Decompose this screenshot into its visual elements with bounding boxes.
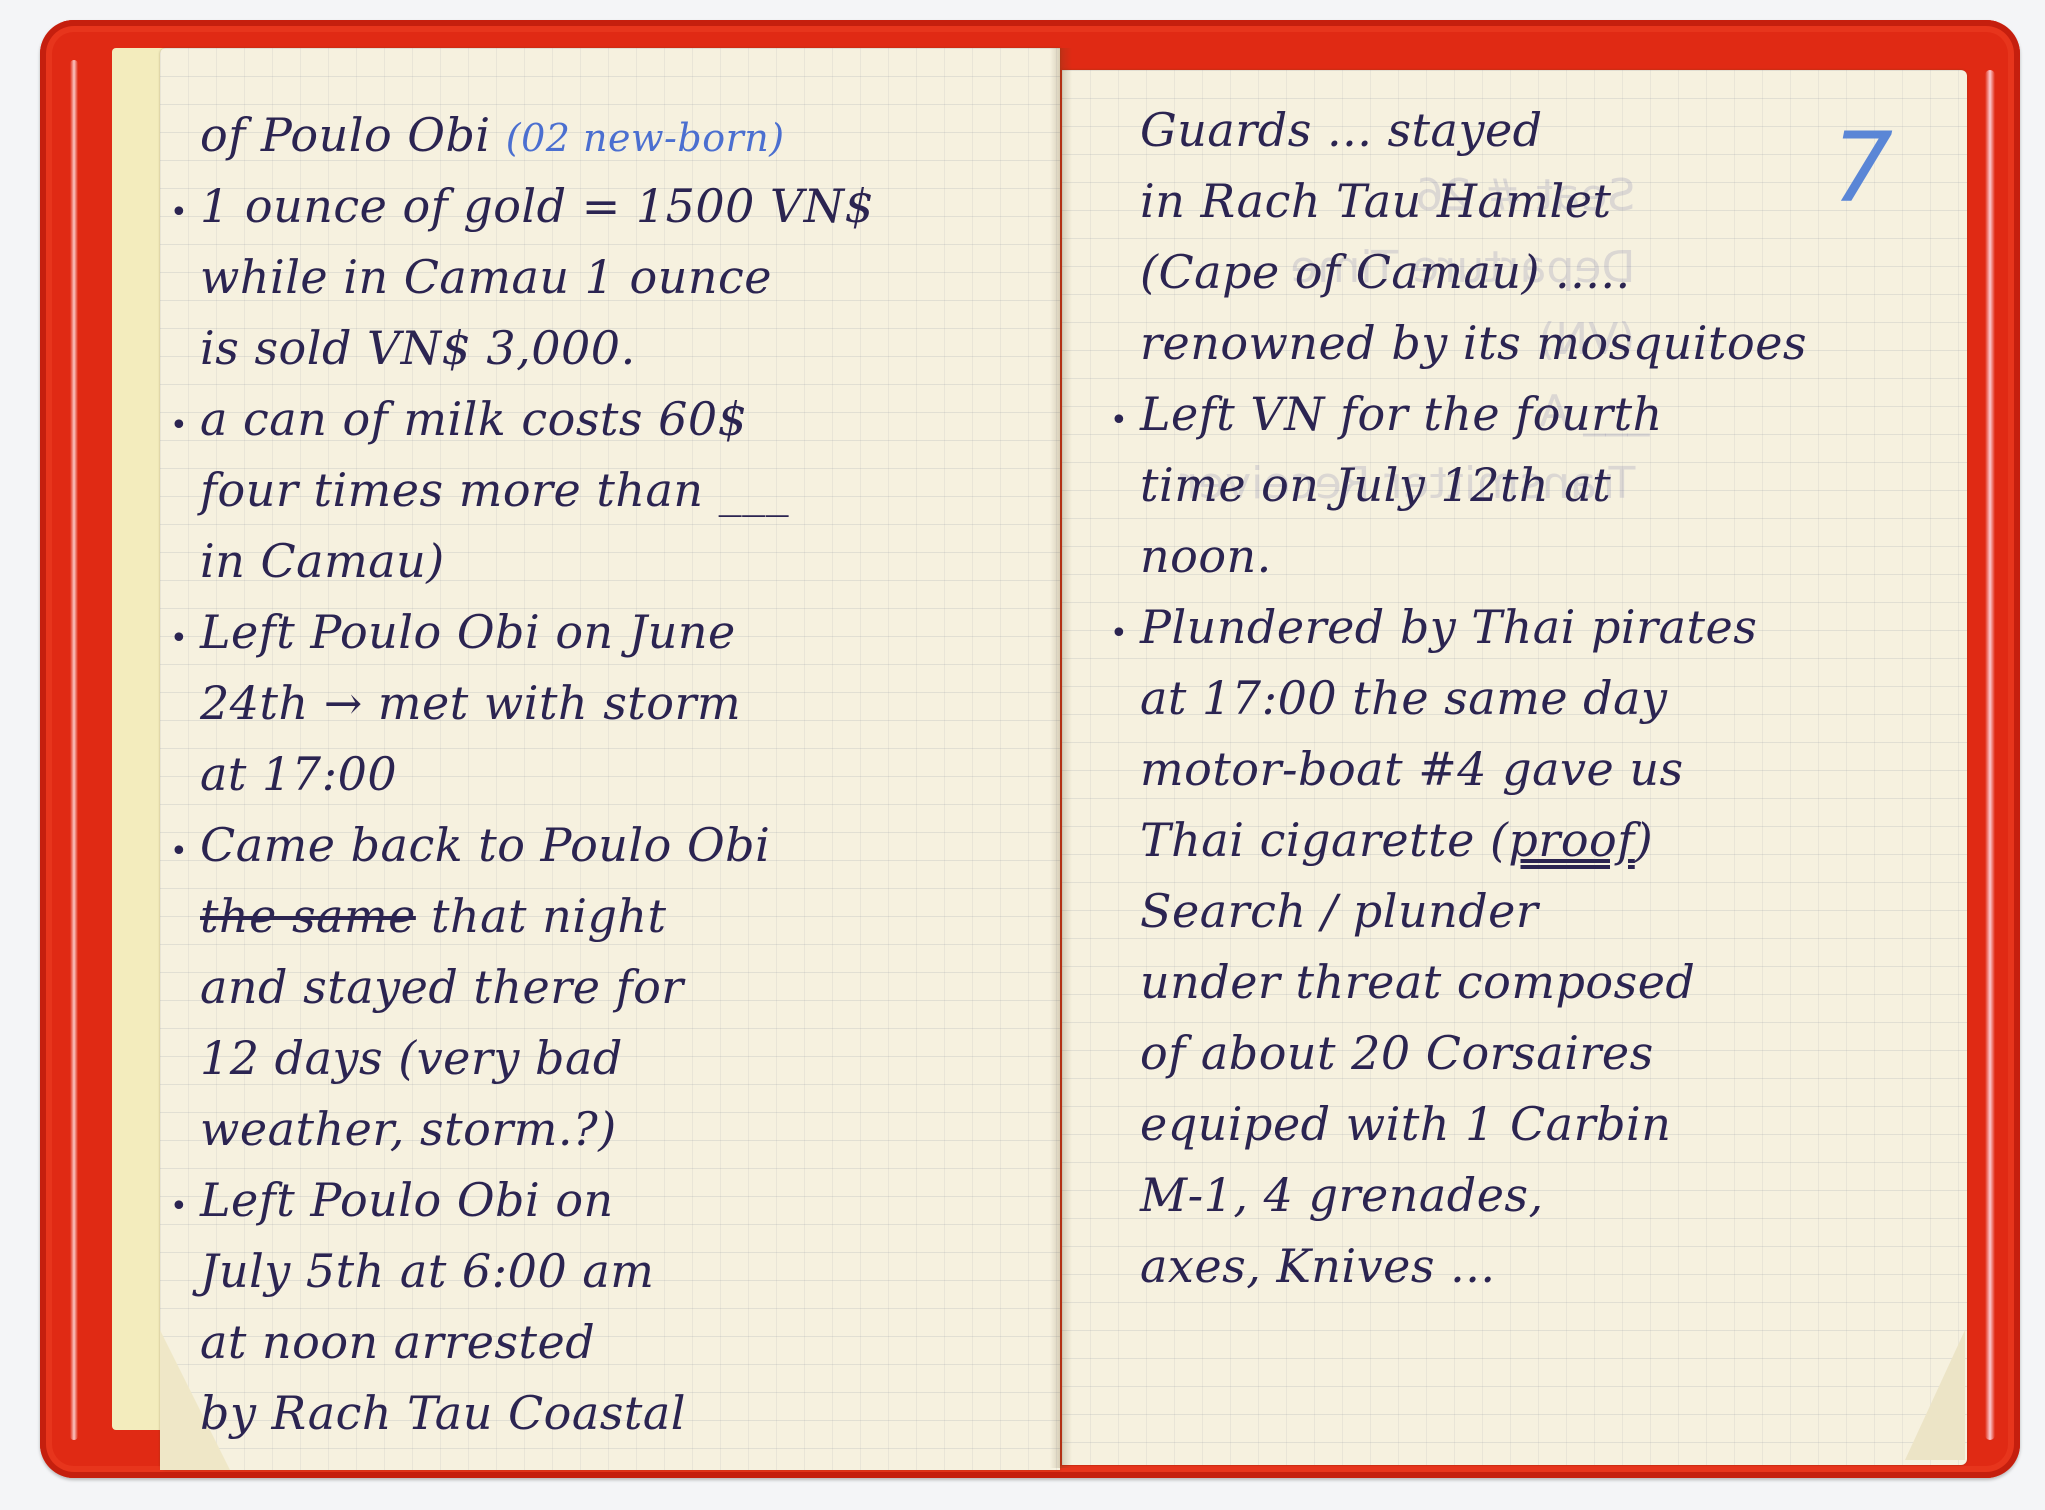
text-line: •a can of milk costs 60$ xyxy=(200,384,1050,455)
line-text: 24th → met with storm xyxy=(200,676,741,730)
line-text: of Poulo Obi xyxy=(200,108,506,162)
line-text: Plundered by Thai pirates xyxy=(1140,600,1757,654)
line-text: at noon arrested xyxy=(200,1315,595,1369)
text-line: of about 20 Corsaires xyxy=(1140,1018,1960,1089)
line-text: while in Camau 1 ounce xyxy=(200,250,772,304)
text-line: of Poulo Obi (02 new-born) xyxy=(200,100,1050,171)
line-text: weather, storm.?) xyxy=(200,1102,617,1156)
text-line: the same that night xyxy=(200,881,1050,952)
cover-sheen-right xyxy=(1985,70,1995,1440)
line-text: at 17:00 the same day xyxy=(1140,671,1668,725)
line-text: of about 20 Corsaires xyxy=(1140,1026,1654,1080)
line-text: time on July 12th at xyxy=(1140,458,1611,512)
line-text: Left Poulo Obi on xyxy=(200,1173,614,1227)
bullet: • xyxy=(170,390,200,461)
bullet: • xyxy=(170,816,200,887)
text-line: •1 ounce of gold = 1500 VN$ xyxy=(200,171,1050,242)
bullet: • xyxy=(1110,598,1140,669)
line-text: by Rach Tau Coastal xyxy=(200,1386,686,1440)
line-text: Guards ... stayed xyxy=(1140,103,1543,157)
text-line: weather, storm.?) xyxy=(200,1094,1050,1165)
line-text: Search / plunder xyxy=(1140,884,1538,938)
text-line: is sold VN$ 3,000. xyxy=(200,313,1050,384)
text-line: •Left Poulo Obi on June xyxy=(200,597,1050,668)
line-text: July 5th at 6:00 am xyxy=(200,1244,654,1298)
line-text: M-1, 4 grenades, xyxy=(1140,1168,1544,1222)
text-line: by Rach Tau Coastal xyxy=(200,1378,1050,1449)
text-line: Search / plunder xyxy=(1140,876,1960,947)
line-text-after: ) xyxy=(1635,813,1653,867)
bullet: • xyxy=(170,177,200,248)
line-text: axes, Knives ... xyxy=(1140,1239,1495,1293)
text-line: four times more than ___ xyxy=(200,455,1050,526)
text-line: Guards ... stayed xyxy=(1140,95,1960,166)
text-line: and stayed there for xyxy=(200,952,1050,1023)
dog-ear-right xyxy=(1905,1330,1965,1460)
line-text: Thai cigarette ( xyxy=(1140,813,1508,867)
line-text: 1 ounce of gold = 1500 VN$ xyxy=(200,179,874,233)
cover-sheen-left xyxy=(70,60,78,1440)
line-text: in Rach Tau Hamlet xyxy=(1140,174,1611,228)
text-line: M-1, 4 grenades, xyxy=(1140,1160,1960,1231)
spine xyxy=(1050,48,1072,1468)
text-line: in Camau) xyxy=(200,526,1050,597)
line-text: at 17:00 xyxy=(200,747,397,801)
line-text: equiped with 1 Carbin xyxy=(1140,1097,1671,1151)
text-line: at noon arrested xyxy=(200,1307,1050,1378)
line-text: Left Poulo Obi on June xyxy=(200,605,736,659)
right-page-text: Guards ... stayed in Rach Tau Hamlet (Ca… xyxy=(1140,95,1960,1302)
line-text: noon. xyxy=(1140,529,1272,583)
left-page-text: of Poulo Obi (02 new-born) •1 ounce of g… xyxy=(200,100,1050,1449)
line-text: under threat composed xyxy=(1140,955,1695,1009)
text-line: Thai cigarette (proof) xyxy=(1140,805,1960,876)
underlined-word: proof xyxy=(1508,813,1634,867)
line-text: 12 days (very bad xyxy=(200,1031,623,1085)
text-line: while in Camau 1 ounce xyxy=(200,242,1050,313)
line-text: motor-boat #4 gave us xyxy=(1140,742,1684,796)
text-line: in Rach Tau Hamlet xyxy=(1140,166,1960,237)
text-line: motor-boat #4 gave us xyxy=(1140,734,1960,805)
text-line: time on July 12th at xyxy=(1140,450,1960,521)
line-text: is sold VN$ 3,000. xyxy=(200,321,636,375)
text-line: •Plundered by Thai pirates xyxy=(1140,592,1960,663)
line-text: Left VN for the fourth xyxy=(1140,387,1663,441)
text-line: under threat composed xyxy=(1140,947,1960,1018)
text-line: •Left Poulo Obi on xyxy=(200,1165,1050,1236)
text-line: 24th → met with storm xyxy=(200,668,1050,739)
line-text: four times more than ___ xyxy=(200,463,789,517)
line-text: in Camau) xyxy=(200,534,445,588)
text-line: equiped with 1 Carbin xyxy=(1140,1089,1960,1160)
line-text: Came back to Poulo Obi xyxy=(200,818,770,872)
line-text: that night xyxy=(416,889,667,943)
text-line: 12 days (very bad xyxy=(200,1023,1050,1094)
text-line: July 5th at 6:00 am xyxy=(200,1236,1050,1307)
text-line: at 17:00 the same day xyxy=(1140,663,1960,734)
line-text: a can of milk costs 60$ xyxy=(200,392,747,446)
text-line: (Cape of Camau) ..... xyxy=(1140,237,1960,308)
text-line: axes, Knives ... xyxy=(1140,1231,1960,1302)
bullet: • xyxy=(170,1171,200,1242)
line-text: and stayed there for xyxy=(200,960,684,1014)
text-line: at 17:00 xyxy=(200,739,1050,810)
line-text: renowned by its mosquitoes xyxy=(1140,316,1807,370)
bullet: • xyxy=(170,603,200,674)
line-text: (Cape of Camau) ..... xyxy=(1140,245,1631,299)
bullet: • xyxy=(1110,385,1140,456)
text-line: renowned by its mosquitoes xyxy=(1140,308,1960,379)
text-line: •Left VN for the fourth xyxy=(1140,379,1960,450)
blue-ink-note: (02 new-born) xyxy=(506,116,785,160)
text-line: •Came back to Poulo Obi xyxy=(200,810,1050,881)
struck-out-text: the same xyxy=(200,889,416,943)
text-line: noon. xyxy=(1140,521,1960,592)
